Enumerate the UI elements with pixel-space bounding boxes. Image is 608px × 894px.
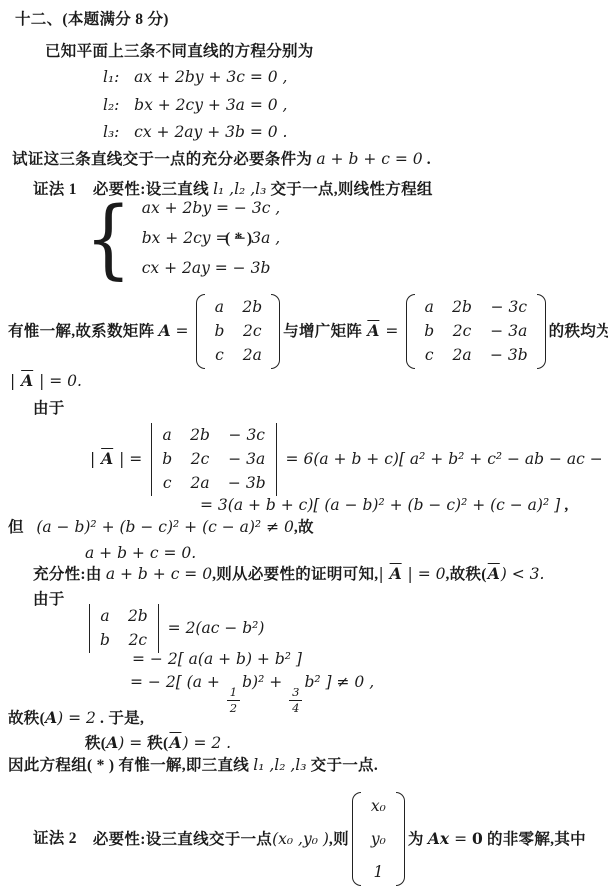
det2-line2: = − 2[ a(a + b) + b² ] — [132, 649, 302, 670]
right-paren — [537, 294, 546, 369]
det-2x2: a2bb2c — [89, 604, 159, 653]
problem-number: 十二、(本题满分 8 分) — [15, 10, 169, 30]
proof2-intro-pre: 必要性:设三直线交于一点(x₀ ,y₀ ),则 — [93, 829, 349, 850]
solution-vector: x₀y₀1 — [352, 792, 405, 886]
proof1-header: 证法 1 — [33, 180, 77, 200]
problem-intro: 已知平面上三条不同直线的方程分别为 — [45, 42, 314, 62]
sufficiency-statement: 充分性:由 a + b + c = 0,则从必要性的证明可知,| A | = 0… — [33, 564, 544, 585]
right-paren — [396, 792, 405, 886]
problem-claim: 试证这三条直线交于一点的充分必要条件为 a + b + c = 0 . — [12, 149, 431, 170]
det2-rhs: = 2(ac − b²) — [163, 618, 265, 639]
system-equations: ax + 2by = − 3c , bx + 2cy = − 3a , cx +… — [142, 198, 281, 279]
augmented-matrix: a2b− 3cb2c− 3ac2a− 3b — [406, 294, 545, 369]
det2-line3: = − 2[ (a + 12b)² + 34b² ] ≠ 0 , — [130, 672, 374, 715]
rank-A-statement: 故秩(A) = 2 . 于是, — [8, 708, 144, 729]
because-label-2: 由于 — [33, 590, 65, 610]
left-paren — [352, 792, 361, 886]
line-equation-l3: l₃: cx + 2ay + 3b = 0 . — [103, 122, 287, 143]
rank-pre-text: 有惟一解,故系数矩阵 A = — [8, 321, 193, 342]
rank-mid-text: 与增广矩阵 A = — [283, 321, 403, 342]
det-A-bar: a2b− 3cb2c− 3ac2a− 3b — [151, 423, 276, 496]
left-paren — [196, 294, 205, 369]
rank-equality: 秩(A) = 秩(A) = 2 . — [85, 733, 231, 754]
system-eq-2: bx + 2cy = − 3a , — [142, 228, 281, 249]
rank-statement: 有惟一解,故系数矩阵 A = a2bb2cc2a 与增广矩阵 A = a2b− … — [8, 294, 608, 369]
right-paren — [271, 294, 280, 369]
proof2-header: 证法 2 — [33, 829, 77, 849]
det-lhs: | A | = — [90, 449, 147, 470]
proof2-intro-post: 为 Ax = 0 的非零解,其中 — [408, 829, 586, 850]
det-expansion-line2: = 3(a + b + c)[ (a − b)² + (b − c)² + (c… — [200, 495, 569, 516]
system-eq-3: cx + 2ay = − 3b — [142, 258, 281, 279]
proof1-conclusion: 因此方程组( * ) 有惟一解,即三直线 l₁ ,l₂ ,l₃ 交于一点. — [8, 755, 378, 776]
system-eq-1: ax + 2by = − 3c , — [142, 198, 281, 219]
left-paren — [406, 294, 415, 369]
but-inequality: 但 (a − b)² + (b − c)² + (c − a)² ≠ 0,故 — [8, 517, 314, 538]
system-brace: { — [85, 199, 132, 279]
coefficient-matrix: a2bb2cc2a — [196, 294, 280, 369]
det-rhs: = 6(a + b + c)[ a² + b² + c² − ab − ac −… — [281, 449, 608, 470]
equation-system: { ax + 2by = − 3c , bx + 2cy = − 3a , cx… — [85, 198, 280, 279]
line-equation-l1: l₁: ax + 2by + 3c = 0 , — [103, 67, 287, 88]
det-expansion: | A | = a2b− 3cb2c− 3ac2a− 3b = 6(a + b … — [90, 423, 608, 496]
system-star-label: ( * ) — [225, 229, 252, 249]
det2-expansion: a2bb2c = 2(ac − b²) — [85, 604, 264, 653]
det-zero-statement: | A | = 0. — [10, 371, 82, 392]
document-page: 十二、(本题满分 8 分) 已知平面上三条不同直线的方程分别为 l₁: ax +… — [0, 0, 608, 894]
rank-post-text: 的秩均为 2, 于是 — [549, 322, 608, 342]
because-label-1: 由于 — [33, 399, 65, 419]
proof2-header-line: 证法 2 必要性:设三直线交于一点(x₀ ,y₀ ),则 x₀y₀1 为 Ax … — [33, 792, 586, 886]
proof1-necessity: 必要性:设三直线 l₁ ,l₂ ,l₃ 交于一点,则线性方程组 — [93, 179, 433, 200]
line-equation-l2: l₂: bx + 2cy + 3a = 0 , — [103, 95, 287, 116]
abc-zero-equation: a + b + c = 0. — [85, 543, 196, 564]
